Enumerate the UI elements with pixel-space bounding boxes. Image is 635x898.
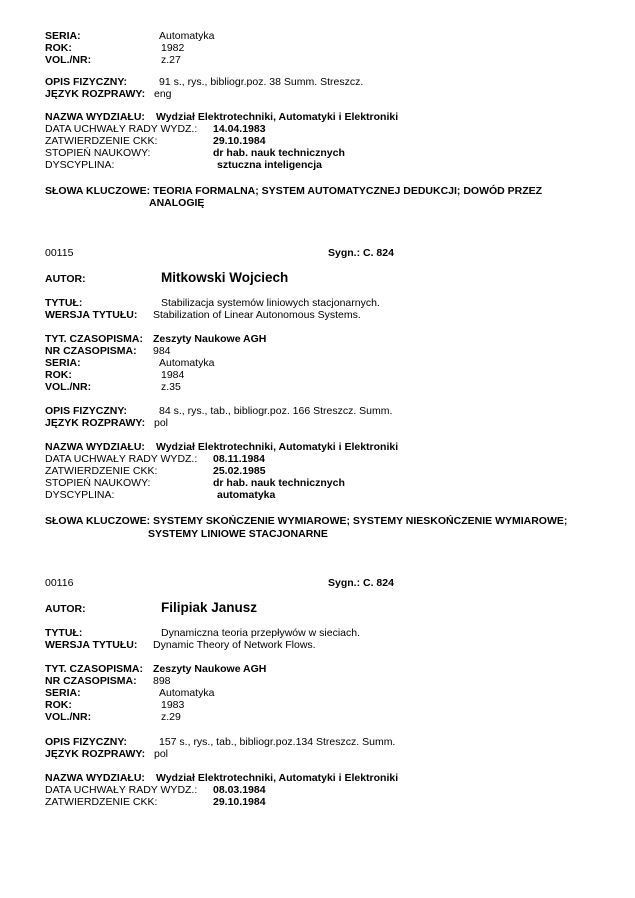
value-opis: 157 s., rys., tab., bibliogr.poz.134 Str… [159,736,395,748]
value-dyscyplina: sztuczna inteligencja [217,159,322,171]
value-dyscyplina: automatyka [217,489,275,501]
value-jezyk: eng [154,88,172,100]
value-autor: Filipiak Janusz [161,600,257,616]
label-vol: VOL./NR: [45,54,91,66]
label-data-uchwaly: DATA UCHWAŁY RADY WYDZ.: [45,784,197,796]
label-nr-czasopisma: NR CZASOPISMA: [45,675,137,687]
value-nr-czasopisma: 984 [153,345,171,357]
label-opis: OPIS FIZYCZNY: [45,736,127,748]
value-opis: 91 s., rys., bibliogr.poz. 38 Summ. Stre… [159,76,363,88]
label-seria: SERIA: [45,357,81,369]
value-rok: 1982 [161,42,184,54]
label-tytul: TYTUŁ: [45,627,82,639]
value-seria: Automatyka [159,357,214,369]
label-rok: ROK: [45,699,72,711]
value-data-uchwaly: 08.11.1984 [213,453,265,465]
value-seria: Automatyka [159,30,214,42]
label-stopien: STOPIEŃ NAUKOWY: [45,477,150,489]
value-wersja: Dynamic Theory of Network Flows. [153,639,316,651]
label-slowa: SŁOWA KLUCZOWE: [45,185,150,197]
value-slowa-line2: ANALOGIĘ [149,197,204,209]
value-slowa-line1: TEORIA FORMALNA; SYSTEM AUTOMATYCZNEJ DE… [153,185,542,197]
value-nr-czasopisma: 898 [153,675,171,687]
label-seria: SERIA: [45,687,81,699]
value-jezyk: pol [154,748,168,760]
value-wersja: Stabilization of Linear Autonomous Syste… [153,309,361,321]
label-vol: VOL./NR: [45,711,91,723]
value-tyt-czasopisma: Zeszyty Naukowe AGH [153,333,266,345]
record-number: 00116 [45,577,73,589]
label-tytul: TYTUŁ: [45,297,82,309]
value-zatwierdzenie: 25.02.1985 [213,465,266,477]
value-jezyk: pol [154,417,168,429]
label-tyt-czasopisma: TYT. CZASOPISMA: [45,333,143,345]
label-autor: AUTOR: [45,273,86,285]
label-autor: AUTOR: [45,603,86,615]
value-wydzial: Wydział Elektrotechniki, Automatyki i El… [156,441,398,453]
value-tytul: Stabilizacja systemów liniowych stacjona… [161,297,380,309]
value-stopien: dr hab. nauk technicznych [213,477,345,489]
label-jezyk: JĘZYK ROZPRAWY: [45,88,145,100]
record-number: 00115 [45,247,73,259]
value-tyt-czasopisma: Zeszyty Naukowe AGH [153,663,266,675]
value-tytul: Dynamiczna teoria przepływów w sieciach. [161,627,360,639]
label-dyscyplina: DYSCYPLINA: [45,159,114,171]
value-slowa-line1: SYSTEMY SKOŃCZENIE WYMIAROWE; SYSTEMY NI… [153,515,567,527]
signature: Sygn.: C. 824 [328,577,394,589]
label-jezyk: JĘZYK ROZPRAWY: [45,417,145,429]
label-dyscyplina: DYSCYPLINA: [45,489,114,501]
label-zatwierdzenie: ZATWIERDZENIE CKK: [45,135,157,147]
label-wersja: WERSJA TYTUŁU: [45,309,137,321]
label-slowa: SŁOWA KLUCZOWE: [45,515,150,527]
label-tyt-czasopisma: TYT. CZASOPISMA: [45,663,143,675]
value-opis: 84 s., rys., tab., bibliogr.poz. 166 Str… [159,405,392,417]
label-vol: VOL./NR: [45,381,91,393]
value-rok: 1984 [161,369,184,381]
value-rok: 1983 [161,699,184,711]
value-stopien: dr hab. nauk technicznych [213,147,345,159]
value-data-uchwaly: 08.03.1984 [213,784,266,796]
value-zatwierdzenie: 29.10.1984 [213,135,266,147]
label-zatwierdzenie: ZATWIERDZENIE CKK: [45,796,157,808]
label-rok: ROK: [45,369,72,381]
label-zatwierdzenie: ZATWIERDZENIE CKK: [45,465,157,477]
signature: Sygn.: C. 824 [328,247,394,259]
label-opis: OPIS FIZYCZNY: [45,405,127,417]
value-zatwierdzenie: 29.10.1984 [213,796,266,808]
label-wydzial: NAZWA WYDZIAŁU: [45,111,145,123]
value-vol: z.29 [161,711,181,723]
value-vol: z.27 [161,54,181,66]
value-data-uchwaly: 14.04.1983 [213,123,266,135]
value-vol: z.35 [161,381,181,393]
label-stopien: STOPIEŃ NAUKOWY: [45,147,150,159]
label-rok: ROK: [45,42,72,54]
label-data-uchwaly: DATA UCHWAŁY RADY WYDZ.: [45,123,197,135]
label-seria: SERIA: [45,30,81,42]
label-data-uchwaly: DATA UCHWAŁY RADY WYDZ.: [45,453,197,465]
value-autor: Mitkowski Wojciech [161,270,288,286]
value-wydzial: Wydział Elektrotechniki, Automatyki i El… [156,772,398,784]
value-wydzial: Wydział Elektrotechniki, Automatyki i El… [156,111,398,123]
label-wydzial: NAZWA WYDZIAŁU: [45,441,145,453]
value-seria: Automatyka [159,687,214,699]
label-nr-czasopisma: NR CZASOPISMA: [45,345,137,357]
value-slowa-line2: SYSTEMY LINIOWE STACJONARNE [148,528,328,540]
label-jezyk: JĘZYK ROZPRAWY: [45,748,145,760]
label-opis: OPIS FIZYCZNY: [45,76,127,88]
label-wersja: WERSJA TYTUŁU: [45,639,137,651]
label-wydzial: NAZWA WYDZIAŁU: [45,772,145,784]
